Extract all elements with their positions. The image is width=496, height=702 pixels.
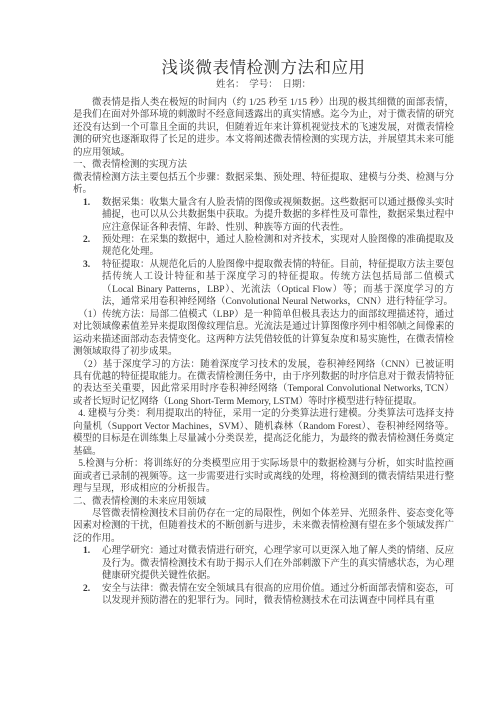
list-item-text: 预处理：在采集的数据中，通过人脸检测和对齐技术，实现对人脸图像的准确提取及规范化… xyxy=(102,234,454,259)
document-title: 浅谈微表情检测方法和应用 xyxy=(73,57,454,79)
list-item-text: 特征提取：从规范化后的人脸图像中提取微表情的特征。目前，特征提取方法主要包括传统… xyxy=(102,259,454,309)
intro-paragraph: 微表情是指人类在极短的时间内（约 1/25 秒至 1/15 秒）出现的极其细微的… xyxy=(73,97,454,159)
list-marker: 2. xyxy=(83,234,90,246)
section1-lead-paragraph: 微表情检测方法主要包括五个步骤：数据采集、预处理、特征提取、建模与分类、检测与分… xyxy=(73,172,454,197)
body-paragraph: （1）传统方法：局部二值模式（LBP）是一种简单但极具表达力的面部纹理描述符，通… xyxy=(73,309,454,359)
list-marker: 3. xyxy=(83,259,90,271)
list-item: 1. 心理学研究：通过对微表情进行研究，心理学家可以更深入地了解人类的情绪、反应… xyxy=(73,545,454,582)
body-paragraph: 5.检测与分析：将训练好的分类模型应用于实际场景中的数据检测与分析，如实时监控画… xyxy=(73,458,454,495)
list-item-text: 安全与法律：微表情在安全领域具有很高的应用价值。通过分析面部表情和姿态，可以发现… xyxy=(102,583,454,608)
list-marker: 1. xyxy=(83,545,90,557)
section1-heading: 一、微表情检测的实现方法 xyxy=(73,159,454,171)
list-item: 1. 数据采集：收集大量含有人脸表情的图像或视频数据。这些数据可以通过摄像头实时… xyxy=(73,197,454,234)
list-item: 2. 预处理：在采集的数据中，通过人脸检测和对齐技术，实现对人脸图像的准确提取及… xyxy=(73,234,454,259)
list-item-text: 心理学研究：通过对微表情进行研究，心理学家可以更深入地了解人类的情绪、反应及行为… xyxy=(102,545,454,582)
author-meta-line: 姓名： 学号： 日期： xyxy=(73,79,454,92)
body-paragraph: 4. 建模与分类：利用提取出的特征，采用一定的分类算法进行建模。分类算法可选择支… xyxy=(73,408,454,458)
list-item-text: 数据采集：收集大量含有人脸表情的图像或视频数据。这些数据可以通过摄像头实时捕捉，… xyxy=(102,197,454,234)
list-marker: 2. xyxy=(83,583,90,595)
document-page: 浅谈微表情检测方法和应用 姓名： 学号： 日期： 微表情是指人类在极短的时间内（… xyxy=(0,0,496,702)
list-item: 3. 特征提取：从规范化后的人脸图像中提取微表情的特征。目前，特征提取方法主要包… xyxy=(73,259,454,309)
section2-heading: 二、微表情检测的未来应用领域 xyxy=(73,496,454,508)
list-item: 2. 安全与法律：微表情在安全领域具有很高的应用价值。通过分析面部表情和姿态，可… xyxy=(73,583,454,608)
list-marker: 1. xyxy=(83,197,90,209)
section2-lead-paragraph: 尽管微表情检测技术目前仍存在一定的局限性，例如个体差异、光照条件、姿态变化等因素… xyxy=(73,508,454,545)
body-paragraph: （2）基于深度学习的方法：随着深度学习技术的发展，卷积神经网络（CNN）已被证明… xyxy=(73,359,454,409)
